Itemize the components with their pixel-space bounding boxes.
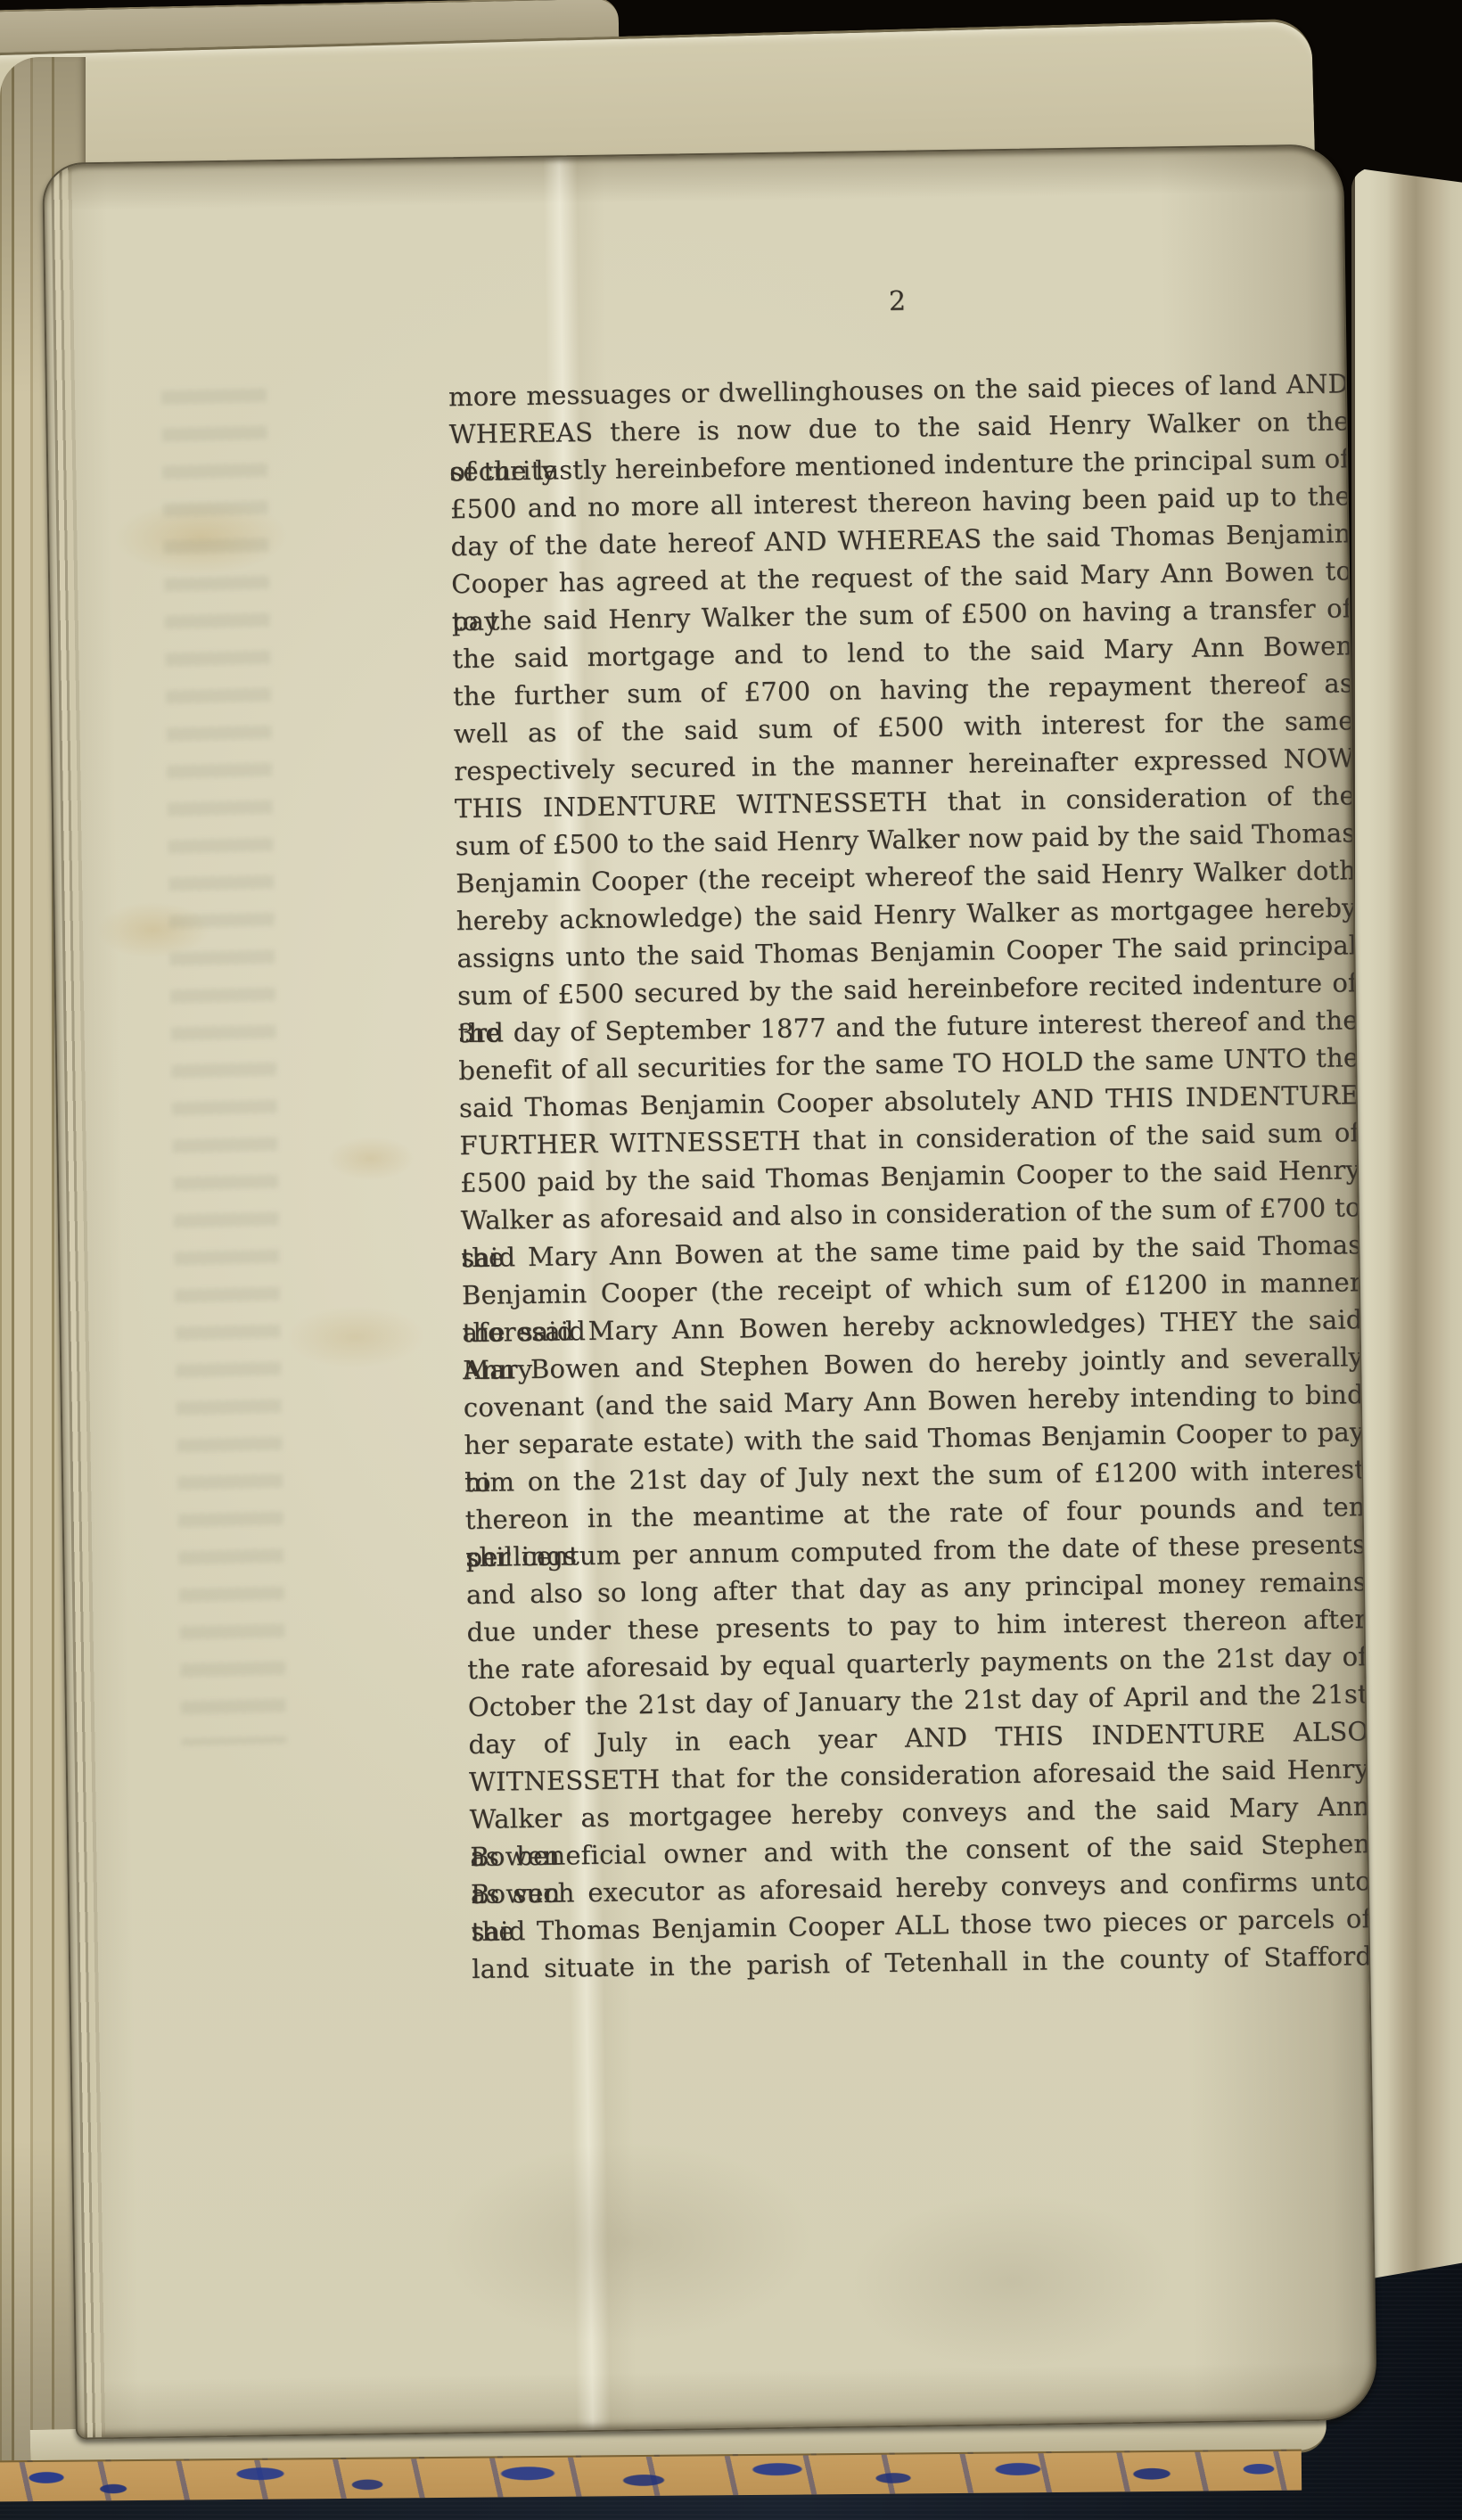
document-text: more messuages or dwellinghouses on the …: [448, 365, 1373, 1988]
document-page: 2 more messuages or dwellinghouses on th…: [42, 144, 1377, 2439]
page-number: 2: [447, 279, 1347, 324]
ink-showthrough: [161, 389, 287, 1746]
book-scan: 2 more messuages or dwellinghouses on th…: [0, 0, 1462, 2520]
